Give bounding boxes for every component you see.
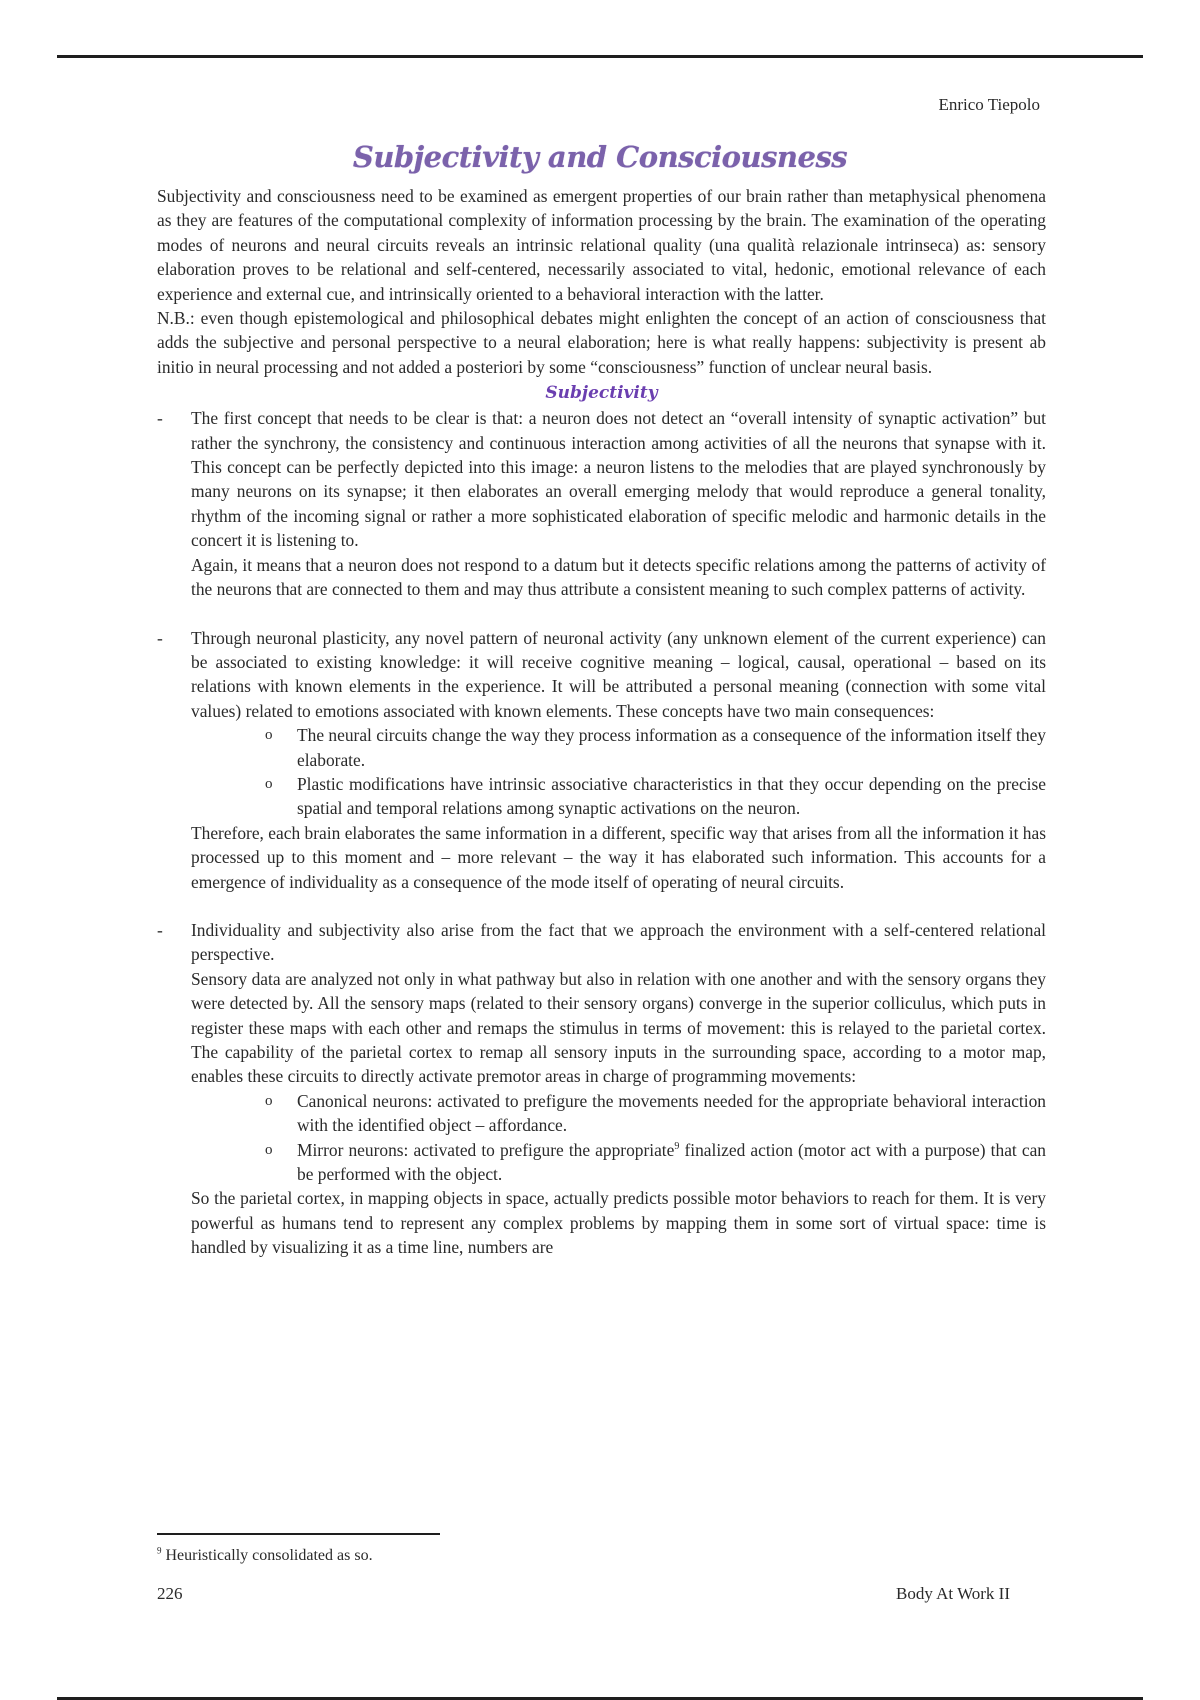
sub-bullet-item: o The neural circuits change the way the… <box>157 723 1046 772</box>
bullet-item: - The first concept that needs to be cle… <box>157 406 1046 601</box>
circle-bullet-icon: o <box>265 723 273 747</box>
circle-bullet-icon: o <box>265 1138 273 1162</box>
circle-bullet-icon: o <box>265 1089 273 1113</box>
bullet-closing: So the parietal cortex, in mapping objec… <box>191 1186 1046 1259</box>
sub-bullet-text: Plastic modifications have intrinsic ass… <box>297 772 1046 821</box>
bullet-continuation-block: So the parietal cortex, in mapping objec… <box>157 1186 1046 1259</box>
spacer <box>157 894 1046 918</box>
footnote: 9 Heuristically consolidated as so. <box>157 1547 373 1565</box>
bullet-text: Individuality and subjectivity also aris… <box>191 918 1046 967</box>
bullet-continuation: Again, it means that a neuron does not r… <box>191 553 1046 602</box>
section-heading: Subjectivity <box>157 381 1046 405</box>
sub-bullet-item: o Mirror neurons: activated to prefigure… <box>157 1138 1046 1187</box>
running-header-author: Enrico Tiepolo <box>938 95 1040 115</box>
page-top-rule <box>57 55 1143 58</box>
bullet-item: - Through neuronal plasticity, any novel… <box>157 626 1046 724</box>
bullet-item: - Individuality and subjectivity also ar… <box>157 918 1046 1089</box>
intro-paragraph: Subjectivity and consciousness need to b… <box>157 184 1046 306</box>
spacer <box>157 602 1046 626</box>
bullet-text: Through neuronal plasticity, any novel p… <box>191 626 1046 724</box>
dash-bullet-icon: - <box>157 918 177 942</box>
sub-bullet-item: o Plastic modifications have intrinsic a… <box>157 772 1046 821</box>
sub-bullet-item: o Canonical neurons: activated to prefig… <box>157 1089 1046 1138</box>
dash-bullet-icon: - <box>157 406 177 430</box>
running-footer-book-title: Body At Work II <box>896 1584 1010 1604</box>
sub-bullet-text: The neural circuits change the way they … <box>297 723 1046 772</box>
nb-paragraph: N.B.: even though epistemological and ph… <box>157 306 1046 379</box>
dash-bullet-icon: - <box>157 626 177 650</box>
circle-bullet-icon: o <box>265 772 273 796</box>
page-number: 226 <box>157 1584 183 1604</box>
sub-bullet-text: Canonical neurons: activated to prefigur… <box>297 1089 1046 1138</box>
bullet-continuation: Sensory data are analyzed not only in wh… <box>191 967 1046 1089</box>
main-content: Subjectivity and consciousness need to b… <box>157 184 1046 1260</box>
bullet-text: The first concept that needs to be clear… <box>191 406 1046 552</box>
footnote-separator <box>157 1533 440 1535</box>
page-title: Subjectivity and Consciousness <box>0 140 1200 174</box>
sub-bullet-text: Mirror neurons: activated to prefigure t… <box>297 1138 1046 1187</box>
bullet-continuation: Therefore, each brain elaborates the sam… <box>191 821 1046 894</box>
footnote-text: Heuristically consolidated as so. <box>162 1547 373 1564</box>
sub-bullet-text-before: Mirror neurons: activated to prefigure t… <box>297 1140 674 1160</box>
bullet-continuation-block: Therefore, each brain elaborates the sam… <box>157 821 1046 894</box>
